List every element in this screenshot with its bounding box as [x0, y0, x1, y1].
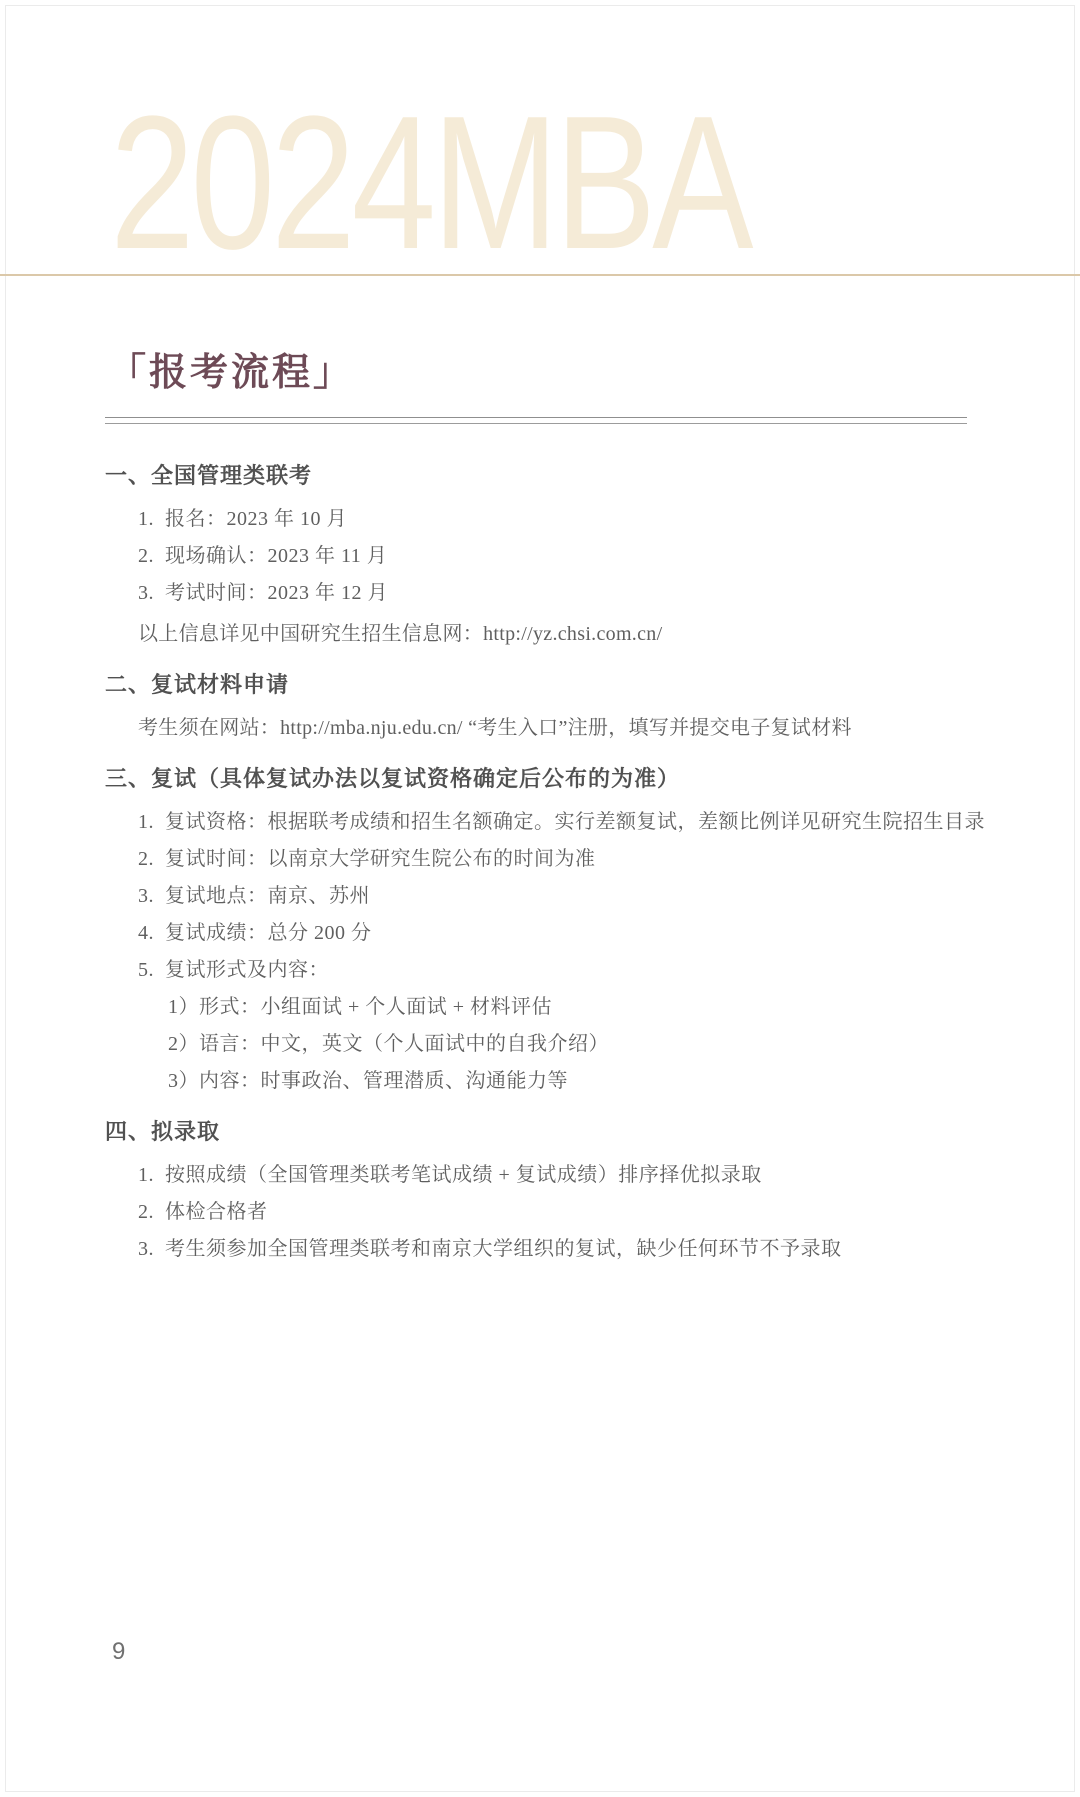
section-admission: 四、拟录取 1. 按照成绩（全国管理类联考笔试成绩 + 复试成绩）排序择优拟录取…: [105, 1118, 1015, 1262]
list-item: 1. 复试资格：根据联考成绩和招生名额确定。实行差额复试，差额比例详见研究生院招…: [138, 809, 1015, 835]
list-item: 3. 考试时间：2023 年 12 月: [138, 580, 1015, 606]
sub-list-item: 3）内容：时事政治、管理潜质、沟通能力等: [168, 1068, 1015, 1094]
title-underline: [105, 417, 967, 424]
section-retest: 三、复试（具体复试办法以复试资格确定后公布的为准） 1. 复试资格：根据联考成绩…: [105, 765, 1015, 1094]
list-item: 2. 现场确认：2023 年 11 月: [138, 543, 1015, 569]
sub-list-item: 1）形式：小组面试 + 个人面试 + 材料评估: [168, 994, 1015, 1020]
list-item: 3. 复试地点：南京、苏州: [138, 883, 1015, 909]
section-note: 考生须在网站：http://mba.nju.edu.cn/ “考生入口”注册，填…: [138, 715, 1015, 741]
section-note: 以上信息详见中国研究生招生信息网：http://yz.chsi.com.cn/: [138, 621, 1015, 647]
year-watermark: 2024MBA: [110, 88, 750, 278]
section-national-exam: 一、全国管理类联考 1. 报名：2023 年 10 月 2. 现场确认：2023…: [105, 462, 1015, 647]
page-number: 9: [112, 1638, 125, 1666]
sub-list-item: 2）语言：中文，英文（个人面试中的自我介绍）: [168, 1031, 1015, 1057]
section-retest-materials: 二、复试材料申请 考生须在网站：http://mba.nju.edu.cn/ “…: [105, 671, 1015, 741]
section-heading: 三、复试（具体复试办法以复试资格确定后公布的为准）: [105, 765, 1015, 793]
page-title: 「报考流程」: [108, 350, 354, 396]
list-item: 3. 考生须参加全国管理类联考和南京大学组织的复试，缺少任何环节不予录取: [138, 1236, 1015, 1262]
list-item: 2. 复试时间：以南京大学研究生院公布的时间为准: [138, 846, 1015, 872]
section-heading: 二、复试材料申请: [105, 671, 1015, 699]
list-item: 1. 按照成绩（全国管理类联考笔试成绩 + 复试成绩）排序择优拟录取: [138, 1162, 1015, 1188]
document-page: 2024MBA 「报考流程」 一、全国管理类联考 1. 报名：2023 年 10…: [0, 0, 1080, 1797]
top-divider-line: [0, 274, 1080, 276]
list-item: 1. 报名：2023 年 10 月: [138, 506, 1015, 532]
list-item: 4. 复试成绩：总分 200 分: [138, 920, 1015, 946]
section-heading: 四、拟录取: [105, 1118, 1015, 1146]
list-item: 5. 复试形式及内容：: [138, 957, 1015, 983]
list-item: 2. 体检合格者: [138, 1199, 1015, 1225]
document-body: 一、全国管理类联考 1. 报名：2023 年 10 月 2. 现场确认：2023…: [105, 462, 1015, 1286]
section-heading: 一、全国管理类联考: [105, 462, 1015, 490]
